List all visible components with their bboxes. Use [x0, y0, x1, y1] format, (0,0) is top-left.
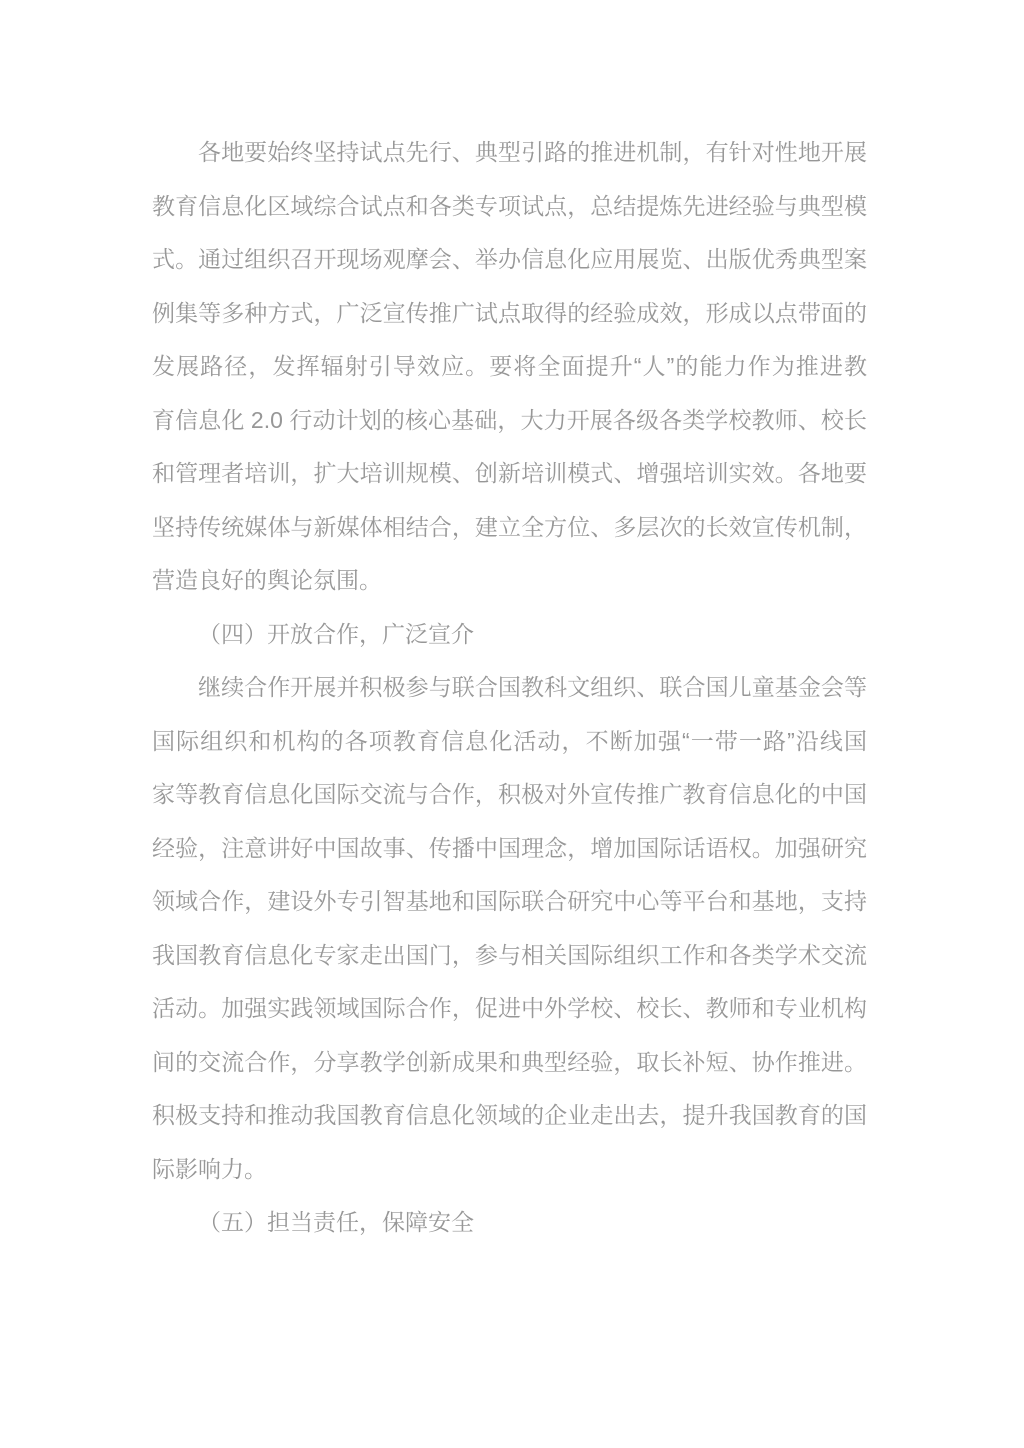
text-line: 例集等多种方式，广泛宣传推广试点取得的经验成效，形成以点带面的 [152, 287, 867, 341]
text-line: 发展路径，发挥辐射引导效应。要将全面提升“人”的能力作为推进教 [152, 340, 867, 394]
text-line: 积极支持和推动我国教育信息化领域的企业走出去，提升我国教育的国 [152, 1089, 867, 1143]
section-heading: （四）开放合作，广泛宣介 [152, 608, 867, 662]
paragraph: 继续合作开展并积极参与联合国教科文组织、联合国儿童基金会等国际组织和机构的各项教… [152, 661, 867, 1196]
text-line: （四）开放合作，广泛宣介 [152, 608, 867, 662]
text-line: （五）担当责任，保障安全 [152, 1196, 867, 1250]
text-line: 经验，注意讲好中国故事、传播中国理念，增加国际话语权。加强研究 [152, 822, 867, 876]
text-line: 领域合作，建设外专引智基地和国际联合研究中心等平台和基地，支持 [152, 875, 867, 929]
text-line: 国际组织和机构的各项教育信息化活动，不断加强“一带一路”沿线国 [152, 715, 867, 769]
text-line: 式。通过组织召开现场观摩会、举办信息化应用展览、出版优秀典型案 [152, 233, 867, 287]
document-body: { "colors": { "background": "#ffffff", "… [0, 0, 1024, 1448]
text-line: 家等教育信息化国际交流与合作，积极对外宣传推广教育信息化的中国 [152, 768, 867, 822]
paragraph: 各地要始终坚持试点先行、典型引路的推进机制，有针对性地开展教育信息化区域综合试点… [152, 126, 867, 608]
text-line: 和管理者培训，扩大培训规模、创新培训模式、增强培训实效。各地要 [152, 447, 867, 501]
text-line: 育信息化 2.0 行动计划的核心基础，大力开展各级各类学校教师、校长 [152, 394, 867, 448]
text-line: 教育信息化区域综合试点和各类专项试点，总结提炼先进经验与典型模 [152, 180, 867, 234]
document-page: 各地要始终坚持试点先行、典型引路的推进机制，有针对性地开展教育信息化区域综合试点… [0, 0, 1024, 1448]
text-line: 坚持传统媒体与新媒体相结合，建立全方位、多层次的长效宣传机制， [152, 501, 867, 555]
text-line: 各地要始终坚持试点先行、典型引路的推进机制，有针对性地开展 [152, 126, 867, 180]
text-line: 际影响力。 [152, 1143, 867, 1197]
section-heading: （五）担当责任，保障安全 [152, 1196, 867, 1250]
text-line: 间的交流合作，分享教学创新成果和典型经验，取长补短、协作推进。 [152, 1036, 867, 1090]
text-line: 活动。加强实践领域国际合作，促进中外学校、校长、教师和专业机构 [152, 982, 867, 1036]
text-line: 我国教育信息化专家走出国门，参与相关国际组织工作和各类学术交流 [152, 929, 867, 983]
text-line: 继续合作开展并积极参与联合国教科文组织、联合国儿童基金会等 [152, 661, 867, 715]
text-line: 营造良好的舆论氛围。 [152, 554, 867, 608]
